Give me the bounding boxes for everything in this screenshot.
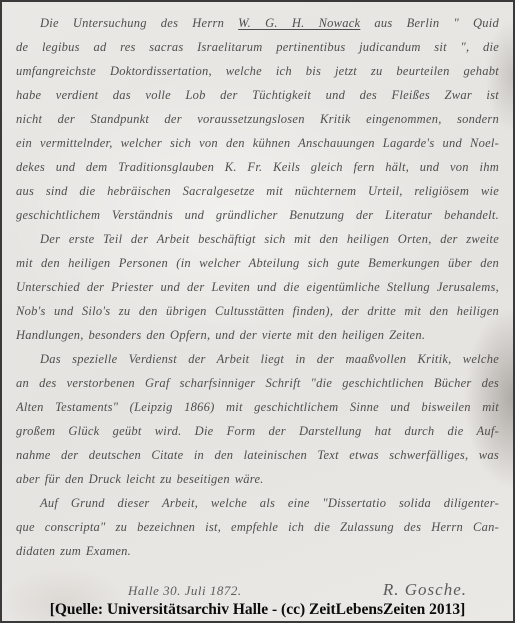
paragraph-3: Das spezielle Verdienst der Arbeit liegt…: [16, 347, 499, 491]
handwritten-line: nahme der deutschen Citate in den latein…: [16, 443, 499, 467]
handwritten-line: umfangreichste Doktordissertation, welch…: [16, 59, 499, 83]
handwritten-line: Handlungen, besonders den Opfern, und de…: [16, 323, 499, 347]
handwritten-line: didaten zum Examen.: [16, 539, 499, 563]
handwritten-text: Die Untersuchung des Herrn W. G. H. Nowa…: [2, 2, 513, 563]
handwritten-line: aber für den Druck leicht zu beseitigen …: [16, 467, 499, 491]
handwritten-line: nicht der Standpunkt der voraussetzungsl…: [16, 107, 499, 131]
paragraph-2: Der erste Teil der Arbeit beschäftigt si…: [16, 227, 499, 347]
handwritten-line: que conscripta" zu bezeichnen ist, empfe…: [16, 515, 499, 539]
handwritten-line: de legibus ad res sacras Israelitarum pe…: [16, 35, 499, 59]
handwritten-line: Die Untersuchung des Herrn W. G. H. Nowa…: [16, 11, 499, 35]
paragraph-1: Die Untersuchung des Herrn W. G. H. Nowa…: [16, 11, 499, 227]
paragraph-4: Auf Grund dieser Arbeit, welche als eine…: [16, 491, 499, 563]
source-caption: [Quelle: Universitätsarchiv Halle - (cc)…: [2, 600, 513, 620]
handwritten-line: Unterschied der Priester und der Leviten…: [16, 275, 499, 299]
line-text: aus Berlin " Quid: [360, 16, 499, 30]
handwritten-line: geschichtlichem Verständnis und gründlic…: [16, 203, 499, 227]
signature: R. Gosche.: [383, 580, 467, 600]
handwritten-line: Das spezielle Verdienst der Arbeit liegt…: [16, 347, 499, 371]
handwritten-line: an des verstorbenen Graf scharfsinniger …: [16, 371, 499, 395]
handwritten-line: Auf Grund dieser Arbeit, welche als eine…: [16, 491, 499, 515]
handwritten-line: dekes und dem Traditionsglauben K. Fr. K…: [16, 155, 499, 179]
handwritten-line: großem Glück geübt wird. Die Form der Da…: [16, 419, 499, 443]
handwritten-line: Der erste Teil der Arbeit beschäftigt si…: [16, 227, 499, 251]
handwritten-line: mit den heiligen Personen (in welcher Ab…: [16, 251, 499, 275]
handwritten-line: Nob's und Silo's zu den übrigen Cultusst…: [16, 299, 499, 323]
handwritten-line: aus sind die hebräischen Sacralgesetze m…: [16, 179, 499, 203]
handwritten-line: ein vermittelnder, welcher sich von den …: [16, 131, 499, 155]
document-scan: Die Untersuchung des Herrn W. G. H. Nowa…: [0, 0, 515, 623]
handwritten-line: habe verdient das volle Lob der Tüchtigk…: [16, 83, 499, 107]
signature-row: Halle 30. Juli 1872. R. Gosche.: [2, 580, 513, 600]
handwritten-line: Alten Testaments" (Leipzig 1866) mit ges…: [16, 395, 499, 419]
candidate-name: W. G. H. Nowack: [238, 16, 360, 30]
date-line: Halle 30. Juli 1872.: [128, 583, 242, 599]
line-text: Die Untersuchung des Herrn: [40, 16, 238, 30]
